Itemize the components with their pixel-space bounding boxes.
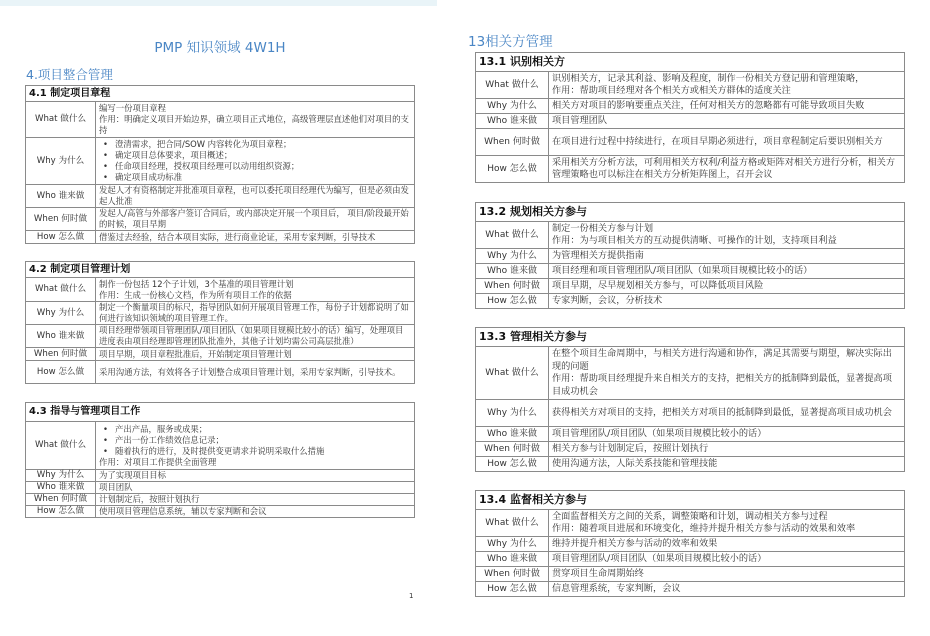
row-value: 专家判断，会议，分析技术 [549, 294, 905, 309]
row-value: 项目管理团队/项目团队（如果项目规模比较小的话） [549, 552, 905, 567]
table-13-4: 13.4 监督相关方参与 What 做什么 全面监督相关方之间的关系，调整策略和… [475, 490, 905, 597]
row-value: 相关方参与计划制定后，按照计划执行 [549, 442, 905, 457]
bullet-item: 随着执行的进行，及时提供变更请求并说明采取什么措施 [99, 446, 411, 457]
row-label: When 何时做 [26, 208, 96, 231]
table-row-who: Who 谁来做 项目团队 [26, 482, 415, 494]
table-row-how: How 怎么做 使用项目管理信息系统，辅以专家判断和会议 [26, 506, 415, 518]
value-line: 制定一份相关方参与计划 [552, 223, 901, 236]
row-value: 相关方对项目的影响要重点关注，任何对相关方的忽略都有可能导致项目失败 [549, 99, 905, 114]
row-value: 项目早期，项目章程批准后，开始制定项目管理计划 [96, 348, 415, 361]
section-title-integration: 4.项目整合管理 [26, 65, 113, 83]
table-row-what: What 做什么 编写一份项目章程 作用：明确定义项目开始边界，确立项目正式地位… [26, 102, 415, 138]
row-label: When 何时做 [476, 279, 549, 294]
value-line: 编写一份项目章程 [99, 103, 411, 114]
table-row-who: Who 谁来做 项目管理团队/项目团队（如果项目规模比较小的话） [476, 552, 905, 567]
row-value: 项目早期，尽早规划相关方参与，可以降低项目风险 [549, 279, 905, 294]
row-label: Why 为什么 [476, 249, 549, 264]
row-value: 识别相关方，记录其利益、影响及程度，制作一份相关方登记册和管理策略， 作用：帮助… [549, 72, 905, 99]
row-value: 发起人/高管与外部客户签订合同后，或内部决定开展一个项目后， 项目/阶段最开始的… [96, 208, 415, 231]
value-line: 作用：随着项目进展和环境变化，维持并提升相关方参与活动的效果和效率 [552, 523, 901, 536]
table-row-when: When 何时做 项目早期，尽早规划相关方参与，可以降低项目风险 [476, 279, 905, 294]
row-label: What 做什么 [26, 422, 96, 470]
row-label: Why 为什么 [26, 302, 96, 325]
table-row-why: Why 为什么 获得相关方对项目的支持，把相关方对项目的抵制降到最低，显著提高项… [476, 400, 905, 427]
value-line: 作用：生成一份核心文档，作为所有项目工作的依据 [99, 290, 411, 301]
table-row-why: Why 为什么 制定一个衡量项目的标尺，指导团队如何开展项目管理工作，每份子计划… [26, 302, 415, 325]
row-value: 在项目进行过程中持续进行，在项目早期必须进行，项目章程制定后要识别相关方 [549, 129, 905, 156]
row-value: 使用项目管理信息系统，辅以专家判断和会议 [96, 506, 415, 518]
row-label: Who 谁来做 [26, 482, 96, 494]
table-row-what: What 做什么 制定一份相关方参与计划 作用：为与项目相关方的互动提供清晰、可… [476, 222, 905, 249]
table-row-how: How 怎么做 信息管理系统，专家判断，会议 [476, 582, 905, 597]
table-row-when: When 何时做 发起人/高管与外部客户签订合同后，或内部决定开展一个项目后， … [26, 208, 415, 231]
table-13-1: 13.1 识别相关方 What 做什么 识别相关方，记录其利益、影响及程度，制作… [475, 52, 905, 183]
table-row-what: What 做什么 制作一份包括 12个子计划，3个基准的项目管理计划 作用：生成… [26, 278, 415, 302]
row-label: Who 谁来做 [26, 185, 96, 208]
table-row-what: What 做什么 识别相关方，记录其利益、影响及程度，制作一份相关方登记册和管理… [476, 72, 905, 99]
table-row-what: What 做什么 产出产品，服务或成果； 产出一份工作绩效信息记录； 随着执行的… [26, 422, 415, 470]
row-label: What 做什么 [476, 510, 549, 537]
left-page: PMP 知识领域 4W1H 4.项目整合管理 4.1 制定项目章程 What 做… [0, 0, 440, 636]
value-line: 在整个项目生命周期中，与相关方进行沟通和协作，满足其需要与期望，解决实际出现的问… [552, 348, 901, 373]
table-row-how: How 怎么做 采用沟通方法，有效将各子计划整合成项目管理计划，采用专家判断，引… [26, 361, 415, 384]
row-label: Who 谁来做 [26, 325, 96, 348]
row-value: 澄清需求，把合同/SOW 内容转化为项目章程； 确定项目总体要求，项目概述； 任… [96, 138, 415, 185]
table-row-when: When 何时做 在项目进行过程中持续进行，在项目早期必须进行，项目章程制定后要… [476, 129, 905, 156]
table-row-how: How 怎么做 采用相关方分析方法，可利用相关方权利/利益方格或矩阵对相关方进行… [476, 156, 905, 183]
row-label: What 做什么 [476, 347, 549, 400]
row-value: 贯穿项目生命周期始终 [549, 567, 905, 582]
row-value: 为管理相关方提供指南 [549, 249, 905, 264]
row-label: How 怎么做 [476, 156, 549, 183]
row-label: What 做什么 [476, 72, 549, 99]
row-label: How 怎么做 [26, 506, 96, 518]
table-row-how: How 怎么做 使用沟通方法，人际关系技能和管理技能 [476, 457, 905, 472]
table-row-when: When 何时做 贯穿项目生命周期始终 [476, 567, 905, 582]
table-row-what: What 做什么 全面监督相关方之间的关系，调整策略和计划，调动相关方参与过程 … [476, 510, 905, 537]
table-row-how: How 怎么做 借鉴过去经验，结合本项目实际，进行商业论证，采用专家判断，引导技… [26, 231, 415, 244]
row-label: When 何时做 [476, 129, 549, 156]
table-13-2: 13.2 规划相关方参与 What 做什么 制定一份相关方参与计划 作用：为与项… [475, 202, 905, 309]
row-value: 获得相关方对项目的支持，把相关方对项目的抵制降到最低，显著提高项目成功机会 [549, 400, 905, 427]
row-label: Why 为什么 [26, 138, 96, 185]
row-label: What 做什么 [26, 278, 96, 302]
table-heading: 4.1 制定项目章程 [26, 86, 415, 102]
table-heading: 13.4 监督相关方参与 [476, 491, 905, 510]
row-value: 借鉴过去经验，结合本项目实际，进行商业论证，采用专家判断，引导技术 [96, 231, 415, 244]
table-heading: 4.2 制定项目管理计划 [26, 262, 415, 278]
row-value: 采用相关方分析方法，可利用相关方权利/利益方格或矩阵对相关方进行分析，相关方管理… [549, 156, 905, 183]
table-row-who: Who 谁来做 项目管理团队/项目团队（如果项目规模比较小的话） [476, 427, 905, 442]
row-label: Who 谁来做 [476, 427, 549, 442]
right-page: 13相关方管理 13.1 识别相关方 What 做什么 识别相关方，记录其利益、… [450, 0, 930, 636]
section-title-stakeholder: 13相关方管理 [468, 30, 553, 50]
row-label: How 怎么做 [476, 457, 549, 472]
row-value: 产出产品，服务或成果； 产出一份工作绩效信息记录； 随着执行的进行，及时提供变更… [96, 422, 415, 470]
row-label: Why 为什么 [476, 537, 549, 552]
value-line: 全面监督相关方之间的关系，调整策略和计划，调动相关方参与过程 [552, 511, 901, 524]
row-value: 编写一份项目章程 作用：明确定义项目开始边界，确立项目正式地位，高级管理层直述他… [96, 102, 415, 138]
bullet-item: 澄清需求，把合同/SOW 内容转化为项目章程； [99, 139, 411, 150]
table-row-who: Who 谁来做 项目管理团队 [476, 114, 905, 129]
row-label: Who 谁来做 [476, 264, 549, 279]
value-line: 作用：为与项目相关方的互动提供清晰、可操作的计划，支持项目利益 [552, 235, 901, 248]
row-value: 信息管理系统，专家判断，会议 [549, 582, 905, 597]
table-row-who: Who 谁来做 项目经理和项目管理团队/项目团队（如果项目规模比较小的话） [476, 264, 905, 279]
table-row-when: When 何时做 项目早期，项目章程批准后，开始制定项目管理计划 [26, 348, 415, 361]
page-number: 1 [409, 592, 413, 600]
row-value: 发起人才有资格制定并批准项目章程，也可以委托项目经理代为编写，但是必须由发起人批… [96, 185, 415, 208]
row-label: When 何时做 [26, 494, 96, 506]
value-line: 作用：帮助项目经理提升来自相关方的支持，把相关方的抵制降到最低，显著提高项目成功… [552, 373, 901, 398]
row-label: Why 为什么 [476, 400, 549, 427]
row-value: 项目经理和项目管理团队/项目团队（如果项目规模比较小的话） [549, 264, 905, 279]
row-label: When 何时做 [476, 567, 549, 582]
row-label: How 怎么做 [26, 231, 96, 244]
table-row-why: Why 为什么 为管理相关方提供指南 [476, 249, 905, 264]
table-row-when: When 何时做 计划制定后，按照计划执行 [26, 494, 415, 506]
value-line: 作用：明确定义项目开始边界，确立项目正式地位，高级管理层直述他们对项目的支持 [99, 114, 411, 136]
table-heading: 13.3 管理相关方参与 [476, 328, 905, 347]
document-title: PMP 知识领域 4W1H [0, 36, 440, 56]
row-value: 项目管理团队/项目团队（如果项目规模比较小的话） [549, 427, 905, 442]
row-value: 制定一份相关方参与计划 作用：为与项目相关方的互动提供清晰、可操作的计划，支持项… [549, 222, 905, 249]
row-value: 采用沟通方法，有效将各子计划整合成项目管理计划，采用专家判断，引导技术。 [96, 361, 415, 384]
row-label: What 做什么 [26, 102, 96, 138]
row-value: 制定一个衡量项目的标尺，指导团队如何开展项目管理工作，每份子计划都说明了如何进行… [96, 302, 415, 325]
row-value: 为了实现项目目标 [96, 470, 415, 482]
table-row-how: How 怎么做 专家判断，会议，分析技术 [476, 294, 905, 309]
row-label: Why 为什么 [476, 99, 549, 114]
row-label: How 怎么做 [476, 582, 549, 597]
table-heading: 4.3 指导与管理项目工作 [26, 403, 415, 422]
row-value: 维持并提升相关方参与活动的效率和效果 [549, 537, 905, 552]
row-label: When 何时做 [476, 442, 549, 457]
row-value: 项目管理团队 [549, 114, 905, 129]
row-value: 项目团队 [96, 482, 415, 494]
table-4-2: 4.2 制定项目管理计划 What 做什么 制作一份包括 12个子计划，3个基准… [25, 261, 415, 384]
bullet-item: 产出产品，服务或成果； [99, 424, 411, 435]
row-label: What 做什么 [476, 222, 549, 249]
row-label: Why 为什么 [26, 470, 96, 482]
bullet-item: 确定项目成功标准 [99, 172, 411, 183]
table-heading: 13.2 规划相关方参与 [476, 203, 905, 222]
row-label: How 怎么做 [476, 294, 549, 309]
table-row-why: Why 为什么 澄清需求，把合同/SOW 内容转化为项目章程； 确定项目总体要求… [26, 138, 415, 185]
value-line: 识别相关方，记录其利益、影响及程度，制作一份相关方登记册和管理策略， [552, 73, 901, 86]
row-value: 项目经理带领项目管理团队/项目团队（如果项目规模比较小的话）编写，处理项目进度表… [96, 325, 415, 348]
row-value: 使用沟通方法，人际关系技能和管理技能 [549, 457, 905, 472]
table-row-what: What 做什么 在整个项目生命周期中，与相关方进行沟通和协作，满足其需要与期望… [476, 347, 905, 400]
table-row-why: Why 为什么 为了实现项目目标 [26, 470, 415, 482]
value-line: 作用：帮助项目经理对各个相关方或相关方群体的适度关注 [552, 85, 901, 98]
row-value: 制作一份包括 12个子计划，3个基准的项目管理计划 作用：生成一份核心文档，作为… [96, 278, 415, 302]
value-line: 制作一份包括 12个子计划，3个基准的项目管理计划 [99, 279, 411, 290]
table-row-why: Why 为什么 相关方对项目的影响要重点关注，任何对相关方的忽略都有可能导致项目… [476, 99, 905, 114]
table-row-when: When 何时做 相关方参与计划制定后，按照计划执行 [476, 442, 905, 457]
table-row-who: Who 谁来做 发起人才有资格制定并批准项目章程，也可以委托项目经理代为编写，但… [26, 185, 415, 208]
table-4-3: 4.3 指导与管理项目工作 What 做什么 产出产品，服务或成果； 产出一份工… [25, 402, 415, 518]
bullet-list: 澄清需求，把合同/SOW 内容转化为项目章程； 确定项目总体要求，项目概述； 任… [99, 139, 411, 183]
row-value: 全面监督相关方之间的关系，调整策略和计划，调动相关方参与过程 作用：随着项目进展… [549, 510, 905, 537]
table-row-who: Who 谁来做 项目经理带领项目管理团队/项目团队（如果项目规模比较小的话）编写… [26, 325, 415, 348]
table-13-3: 13.3 管理相关方参与 What 做什么 在整个项目生命周期中，与相关方进行沟… [475, 327, 905, 472]
bullet-list: 产出产品，服务或成果； 产出一份工作绩效信息记录； 随着执行的进行，及时提供变更… [99, 424, 411, 457]
row-label: Who 谁来做 [476, 114, 549, 129]
bullet-item: 产出一份工作绩效信息记录； [99, 435, 411, 446]
table-4-1: 4.1 制定项目章程 What 做什么 编写一份项目章程 作用：明确定义项目开始… [25, 85, 415, 244]
bullet-item: 任命项目经理，授权项目经理可以动用组织资源； [99, 161, 411, 172]
table-row-why: Why 为什么 维持并提升相关方参与活动的效率和效果 [476, 537, 905, 552]
row-label: When 何时做 [26, 348, 96, 361]
table-heading: 13.1 识别相关方 [476, 53, 905, 72]
row-label: Who 谁来做 [476, 552, 549, 567]
row-value: 在整个项目生命周期中，与相关方进行沟通和协作，满足其需要与期望，解决实际出现的问… [549, 347, 905, 400]
row-label: How 怎么做 [26, 361, 96, 384]
row-value: 计划制定后，按照计划执行 [96, 494, 415, 506]
bullet-item: 确定项目总体要求，项目概述； [99, 150, 411, 161]
value-line: 作用：对项目工作提供全面管理 [99, 457, 411, 468]
